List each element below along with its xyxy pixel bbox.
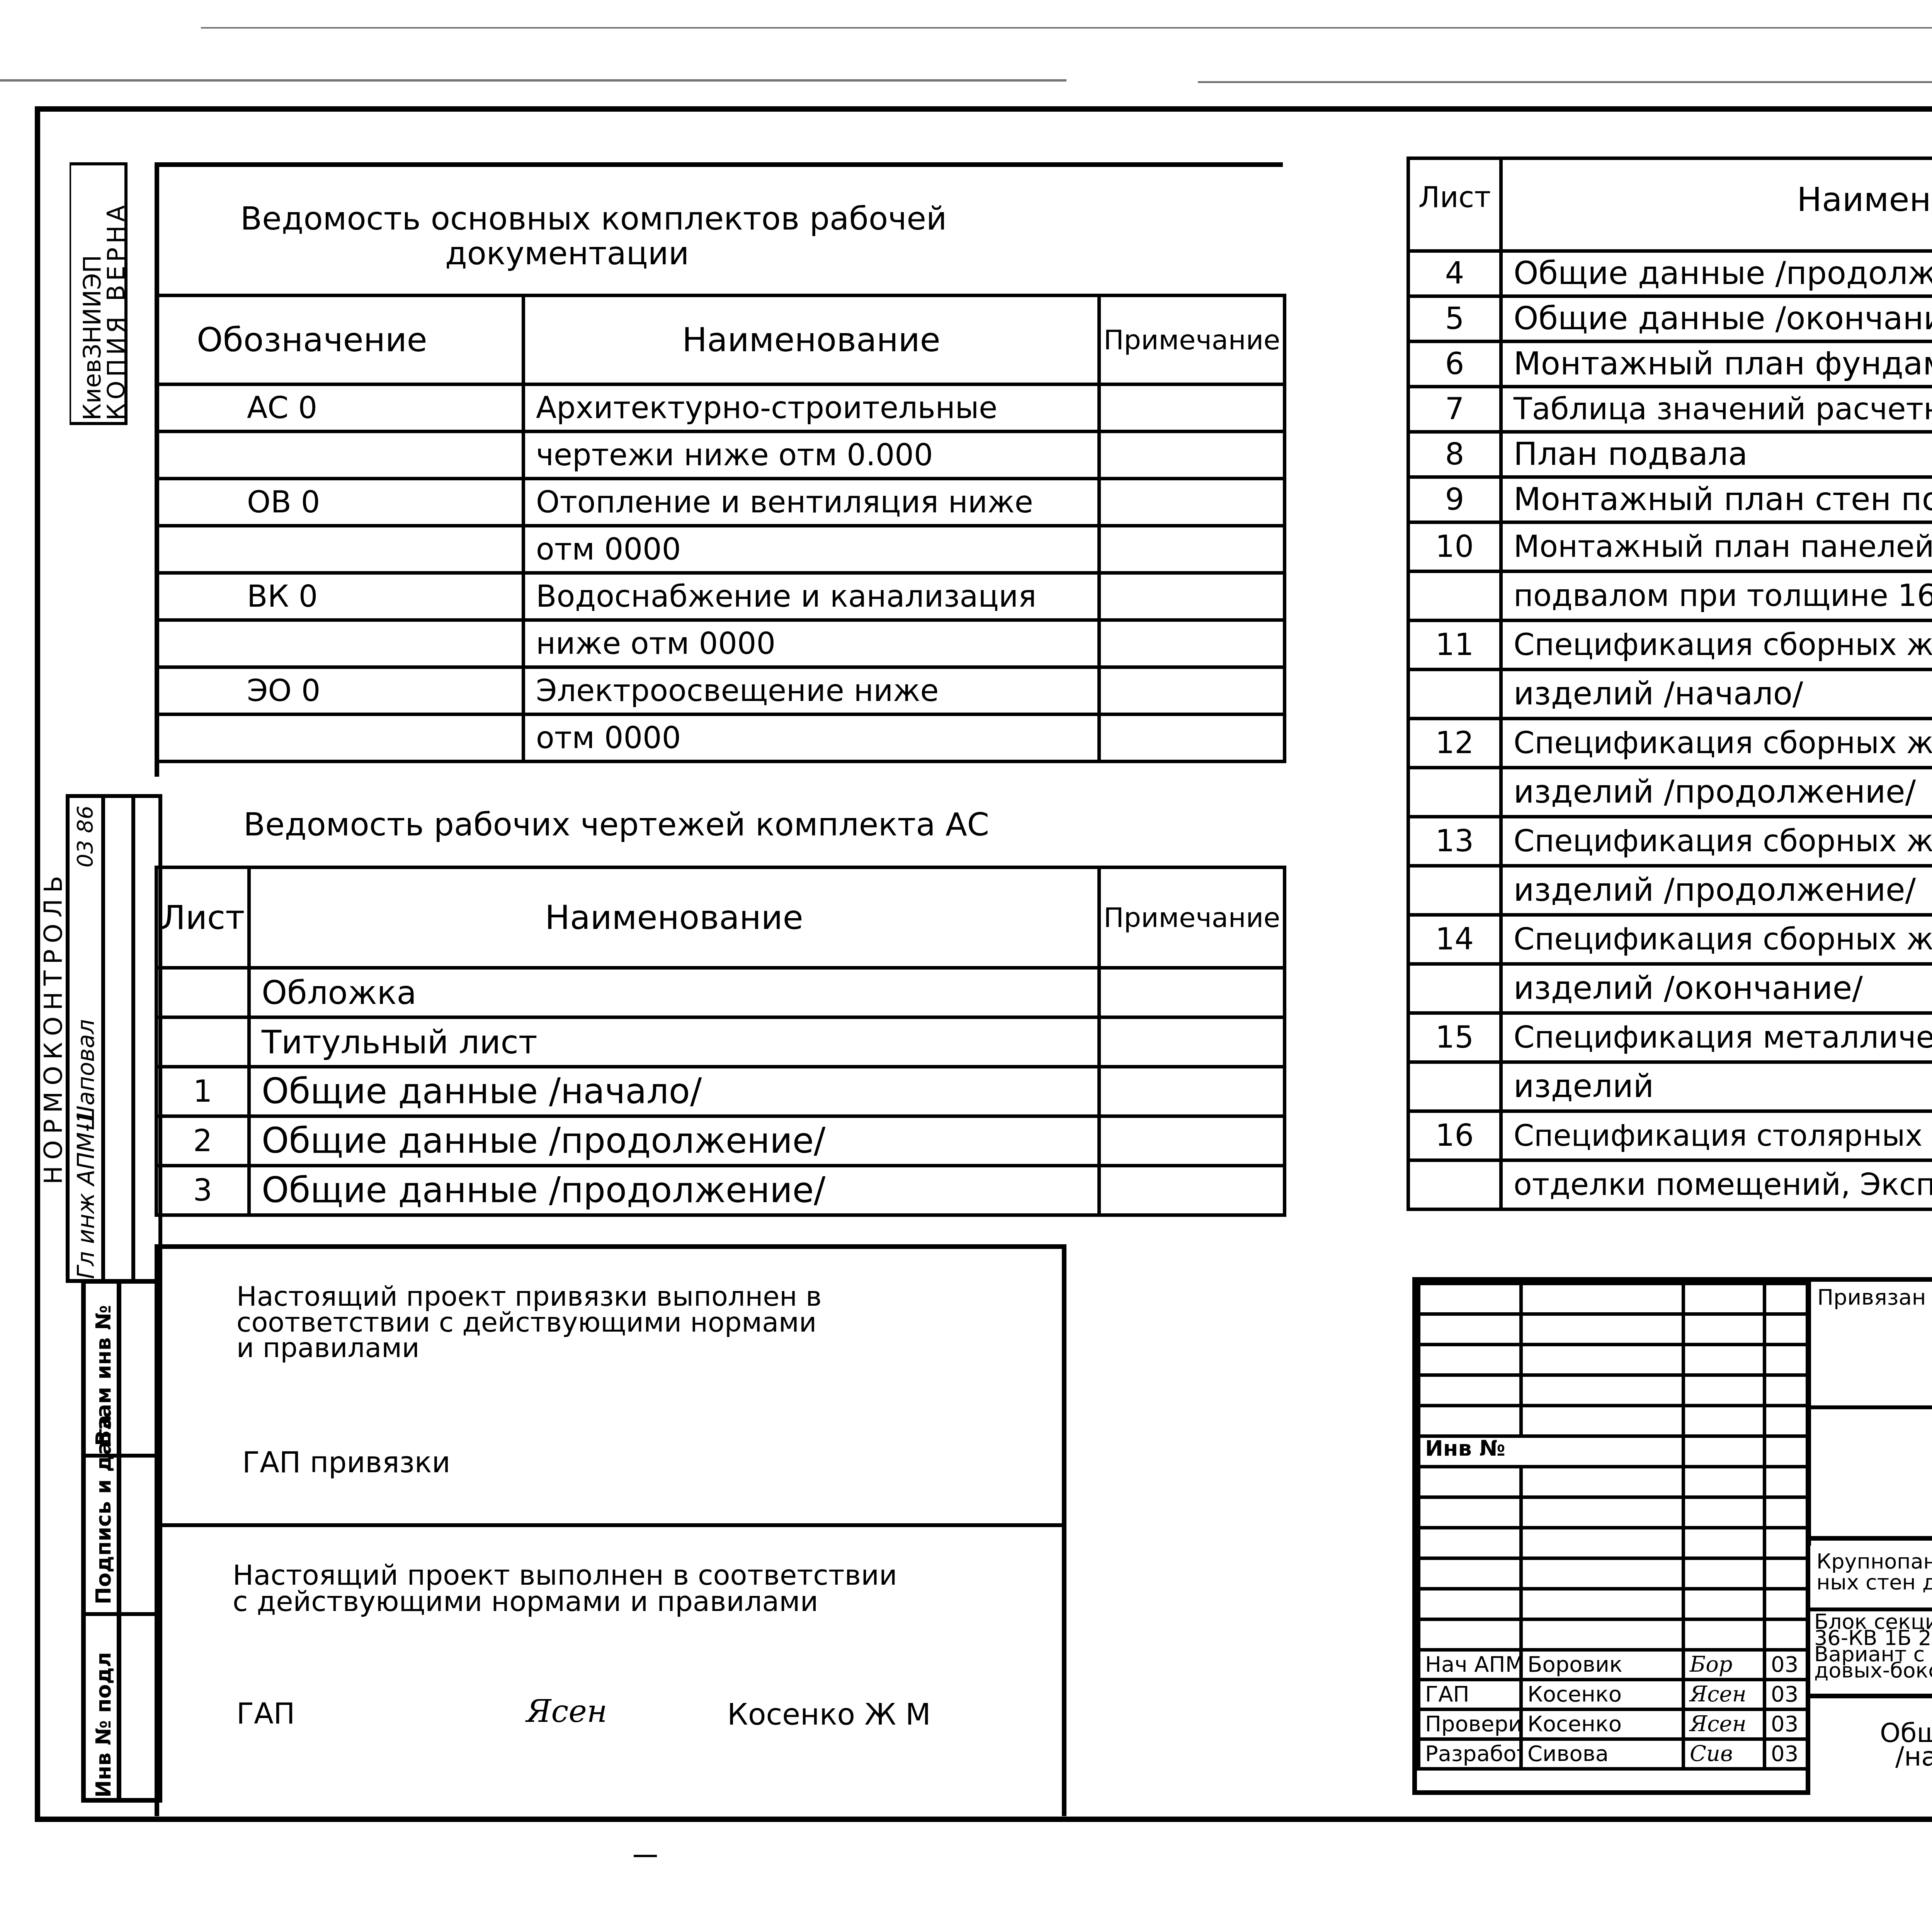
signature-date: 03 86 [1765, 1650, 1808, 1680]
set-note [1099, 573, 1285, 620]
table-row: 3Общие данные /продолжение/ [156, 1166, 1285, 1215]
sheet-number [1408, 670, 1501, 719]
set-name: отм 0000 [524, 526, 1099, 573]
sheet-number: 10 [1408, 522, 1501, 572]
set-name: Электроосвещение ниже [524, 667, 1099, 714]
table-row: ЭО 0Электроосвещение ниже [156, 667, 1285, 714]
bound-label: Привязан [1817, 1285, 1926, 1310]
sheet-number: 14 [1408, 915, 1501, 964]
table-row: подвалом при толщине 160 и 120мм [1408, 572, 1932, 621]
sheet-note [1099, 1067, 1285, 1116]
sheet-number [1408, 1062, 1501, 1111]
sheet-number [1408, 572, 1501, 621]
copy-verified-text: КОПИЯ ВЕРНА [102, 201, 130, 420]
original-inv-label: Инв № подл [91, 1652, 116, 1798]
sheet-note [1099, 1017, 1285, 1067]
drawings-table-title: Ведомость рабочих чертежей комплекта АС [243, 808, 989, 842]
sheet-number: 7 [1408, 387, 1501, 432]
binding-compliance-text: Настоящий проект привязки выполнен в соо… [236, 1284, 822, 1361]
signature-date-label: Подпись и дата [91, 1415, 116, 1604]
set-name: чертежи ниже отм 0.000 [524, 432, 1099, 479]
drawings-table-left: Лист Наименование Примечание Обложка Тит… [155, 866, 1286, 1217]
sheet-number: 16 [1408, 1111, 1501, 1160]
set-note [1099, 432, 1285, 479]
sheet-name: Монтажный план панелей перекрытия над [1501, 522, 1932, 572]
set-name: Водоснабжение и канализация [524, 573, 1099, 620]
signature-role: ГАП [1419, 1680, 1521, 1710]
set-note [1099, 384, 1285, 432]
table-row: 1Общие данные /начало/ [156, 1067, 1285, 1116]
table-row: 15Спецификация металлических монтажных [1408, 1013, 1932, 1062]
sheet-number [1408, 768, 1501, 817]
main-sets-table: Обозначение Наименование Примечание АС 0… [155, 294, 1286, 763]
project-title-line: ных стен для обычных условий строительст… [1816, 1572, 1932, 1593]
table-row: 13Спецификация сборных железобетонных [1408, 817, 1932, 866]
signature-role: Разработ [1419, 1739, 1521, 1769]
set-code [156, 432, 524, 479]
header-sheet: Лист [156, 868, 249, 968]
table-row: 8План подвала [1408, 432, 1932, 477]
signature: Бор [1684, 1650, 1765, 1680]
sheet-name: Общие данные /начало/ [1880, 1721, 1932, 1769]
sheet-number: 5 [1408, 296, 1501, 342]
binding-text-line: Настоящий проект привязки выполнен в [236, 1284, 822, 1310]
signature-row: РазработСивоваСив03 86 [1419, 1739, 1808, 1769]
sheet-number: 3 [156, 1166, 249, 1215]
header-designation: Обозначение [156, 296, 524, 384]
set-note [1099, 714, 1285, 762]
gap-label: ГАП [236, 1697, 295, 1730]
signature-date: 03 86 [1765, 1739, 1808, 1769]
table-row: отм 0000 [156, 526, 1285, 573]
table-row: Титульный лист [156, 1017, 1285, 1067]
table-row: 11Спецификация сборных железобетонных [1408, 621, 1932, 670]
scan-artifact-line [634, 1855, 657, 1857]
sheet-name: изделий [1501, 1062, 1932, 1111]
project-title-cell: Крупнопанельные жилые дома с узким шагом… [1810, 1546, 1932, 1611]
sheet-number: 15 [1408, 1013, 1501, 1062]
table-row: 14Спецификация сборных железобетонных [1408, 915, 1932, 964]
table-row: 6Монтажный план фундаментов [1408, 342, 1932, 387]
table-row: изделий /окончание/ [1408, 964, 1932, 1013]
set-code [156, 620, 524, 667]
set-note [1099, 620, 1285, 667]
section-description: Блок секция угловая 9 эт 36-КВ 1Б 2Б 2Б … [1814, 1614, 1932, 1679]
gap-name: Косенко Ж М [727, 1697, 931, 1732]
binding-text-line: соответствии с действующими нормами [236, 1310, 822, 1335]
sheet-name: отделки помещений, Экспликация пола [1501, 1160, 1932, 1209]
binding-gap-label: ГАП привязки [242, 1446, 451, 1479]
table-row: изделий /продолжение/ [1408, 768, 1932, 817]
sheet-note [1099, 968, 1285, 1017]
sheet-name: Спецификация металлических монтажных [1501, 1013, 1932, 1062]
signature-name: Боровик [1521, 1650, 1684, 1680]
copy-verified-stamp: КиевЗНИИЭП КОПИЯ ВЕРНА [70, 162, 128, 425]
signature: Ясен [1684, 1710, 1765, 1739]
signature-name: Косенко [1521, 1680, 1684, 1710]
table-row: ВК 0Водоснабжение и канализация [156, 573, 1285, 620]
normocontrol-date: 03 86 [73, 806, 98, 868]
project-text-line: с действующими нормами и правилами [233, 1588, 897, 1614]
revision-grid: Инв № Нач АПМ ІБоровикБор03 86 ГАПКосенк… [1412, 1277, 1810, 1795]
set-code: ОВ 0 [156, 479, 524, 526]
set-name: Отопление и вентиляция ниже [524, 479, 1099, 526]
set-note [1099, 667, 1285, 714]
signature-name: Сивова [1521, 1739, 1684, 1769]
signature-date: 03 86 [1765, 1680, 1808, 1710]
sheet-name-cell: Общие данные /начало/ [1810, 1698, 1932, 1795]
table-row: изделий [1408, 1062, 1932, 1111]
normocontrol-position: Гл инж АПМ-1 [73, 1109, 100, 1279]
sheet-name: изделий /продолжение/ [1501, 866, 1932, 915]
signature-row: Нач АПМ ІБоровикБор03 86 [1419, 1650, 1808, 1680]
scan-artifact-line [1198, 81, 1932, 83]
sheet-number [156, 968, 249, 1017]
table-row: 4Общие данные /продолжение/ [1408, 251, 1932, 296]
set-note [1099, 526, 1285, 573]
sheet-name: Общие данные /продолжение/ [249, 1116, 1099, 1166]
signature: Ясен [1684, 1680, 1765, 1710]
table-row: 12Спецификация сборных железобетонных [1408, 719, 1932, 768]
sheet-name: Общие данные /окончание/ [1501, 296, 1932, 342]
signature-name: Косенко [1521, 1710, 1684, 1739]
sheet-number: 9 [1408, 477, 1501, 522]
signature-role: Проверил [1419, 1710, 1521, 1739]
header-name: Наименование [524, 296, 1099, 384]
table-row: чертежи ниже отм 0.000 [156, 432, 1285, 479]
sheet-number [1408, 866, 1501, 915]
set-code [156, 714, 524, 762]
section-row: Блок секция угловая 9 эт 36-КВ 1Б 2Б 2Б … [1810, 1611, 1932, 1698]
sheet-name: Спецификация сборных железобетонных [1501, 915, 1932, 964]
sheet-name: Общие данные /начало/ [249, 1067, 1099, 1116]
sheet-name: изделий /окончание/ [1501, 964, 1932, 1013]
sheet-number: 2 [156, 1116, 249, 1166]
sheet-number: 11 [1408, 621, 1501, 670]
scan-artifact-line [201, 27, 1932, 29]
main-sets-title-line2: документации [445, 236, 689, 271]
project-compliance-text: Настоящий проект выполнен в соответствии… [233, 1562, 897, 1615]
table-row: отделки помещений, Экспликация пола [1408, 1160, 1932, 1209]
sheet-note [1099, 1116, 1285, 1166]
signature-row: ПроверилКосенкоЯсен03 86 [1419, 1710, 1808, 1739]
gap-signature: Ясен [526, 1693, 607, 1729]
project-text-line: Настоящий проект выполнен в соответствии [233, 1562, 897, 1588]
signature: Сив [1684, 1739, 1765, 1769]
table-row: АС 0Архитектурно-строительные [156, 384, 1285, 432]
table-row: отм 0000 [156, 714, 1285, 762]
set-name: Архитектурно-строительные [524, 384, 1099, 432]
sheet-name: Спецификация столярных изделий Ведомость [1501, 1111, 1932, 1160]
table-row: 7Таблица значений расчетных нагрузок [1408, 387, 1932, 432]
sheet-number: 4 [1408, 251, 1501, 296]
header-note: Примечание [1099, 868, 1285, 968]
scan-artifact-line [0, 79, 1066, 82]
signature-row: ГАПКосенкоЯсен03 86 [1419, 1680, 1808, 1710]
set-name: отм 0000 [524, 714, 1099, 762]
sheet-name: Таблица значений расчетных нагрузок [1501, 387, 1932, 432]
sheet-name-line: /начало/ [1880, 1745, 1932, 1769]
sheet-number [1408, 1160, 1501, 1209]
set-code: ЭО 0 [156, 667, 524, 714]
set-code: АС 0 [156, 384, 524, 432]
table-row: 10Монтажный план панелей перекрытия над [1408, 522, 1932, 572]
normocontrol-stamp: НОРМОКОНТРОЛЬ Гл инж АПМ-1 Шаповал 03 86 [66, 794, 162, 1283]
sheet-name: Титульный лист [249, 1017, 1099, 1067]
revision-table: Инв № Нач АПМ ІБоровикБор03 86 ГАПКосенк… [1417, 1282, 1810, 1771]
sheet-name: подвалом при толщине 160 и 120мм [1501, 572, 1932, 621]
signature-date: 03 86 [1765, 1710, 1808, 1739]
sheet-name: План подвала [1501, 432, 1932, 477]
sheet-name: Общие данные /продолжение/ [1501, 251, 1932, 296]
drawings-table-right: Лист Наименование Примечание 4Общие данн… [1406, 156, 1932, 1211]
sheet-note [1099, 1166, 1285, 1215]
sheet-number: 1 [156, 1067, 249, 1116]
bound-cell: Привязан [1811, 1282, 1932, 1409]
table-row: Обложка [156, 968, 1285, 1017]
sheet-number: 12 [1408, 719, 1501, 768]
table-row: ОВ 0Отопление и вентиляция ниже [156, 479, 1285, 526]
set-code: ВК 0 [156, 573, 524, 620]
project-title-line: Крупнопанельные жилые дома с узким шагом… [1816, 1551, 1932, 1572]
header-sheet: Лист [1408, 158, 1501, 251]
header-name: Наименование [249, 868, 1099, 968]
sheet-name: изделий /начало/ [1501, 670, 1932, 719]
table-row: ниже отм 0000 [156, 620, 1285, 667]
sheet-number [1408, 964, 1501, 1013]
set-code [156, 526, 524, 573]
table-row: 2Общие данные /продолжение/ [156, 1116, 1285, 1166]
binding-text-line: и правилами [236, 1335, 822, 1361]
sheet-number: 6 [1408, 342, 1501, 387]
sheet-number: 8 [1408, 432, 1501, 477]
bound-empty-cell [1811, 1409, 1932, 1541]
signature-role: Нач АПМ І [1419, 1650, 1521, 1680]
sheet-number: 13 [1408, 817, 1501, 866]
sheet-name: Спецификация сборных железобетонных [1501, 719, 1932, 768]
sheet-name: Спецификация сборных железобетонных [1501, 817, 1932, 866]
inventory-number-label: Инв № [1419, 1436, 1684, 1467]
table-row: 5Общие данные /окончание/ [1408, 296, 1932, 342]
sheet-name: Спецификация сборных железобетонных [1501, 621, 1932, 670]
set-name: ниже отм 0000 [524, 620, 1099, 667]
sheet-number [156, 1017, 249, 1067]
sheet-name: Монтажный план фундаментов [1501, 342, 1932, 387]
sheet-name: Общие данные /продолжение/ [249, 1166, 1099, 1215]
table-row: изделий /продолжение/ [1408, 866, 1932, 915]
section-line: довых-боксов в подвале [1814, 1662, 1932, 1679]
table-row: 16Спецификация столярных изделий Ведомос… [1408, 1111, 1932, 1160]
sheet-name: Обложка [249, 968, 1099, 1017]
main-sets-title-line1: Ведомость основных комплектов рабочей [240, 202, 947, 236]
normocontrol-label: НОРМОКОНТРОЛЬ [39, 869, 68, 1184]
inventory-fields: Взам инв № Подпись и дата Инв № подл [81, 1279, 162, 1803]
table-row: изделий /начало/ [1408, 670, 1932, 719]
sheet-name: Монтажный план стен подвала [1501, 477, 1932, 522]
table-row: 9Монтажный план стен подвала [1408, 477, 1932, 522]
normocontrol-name: Шаповал [73, 1019, 100, 1130]
sheet-name: изделий /продолжение/ [1501, 768, 1932, 817]
set-note [1099, 479, 1285, 526]
header-note: Примечание [1099, 296, 1285, 384]
compliance-section: Настоящий проект привязки выполнен в соо… [155, 1244, 1066, 1816]
header-name: Наименование [1501, 158, 1932, 251]
